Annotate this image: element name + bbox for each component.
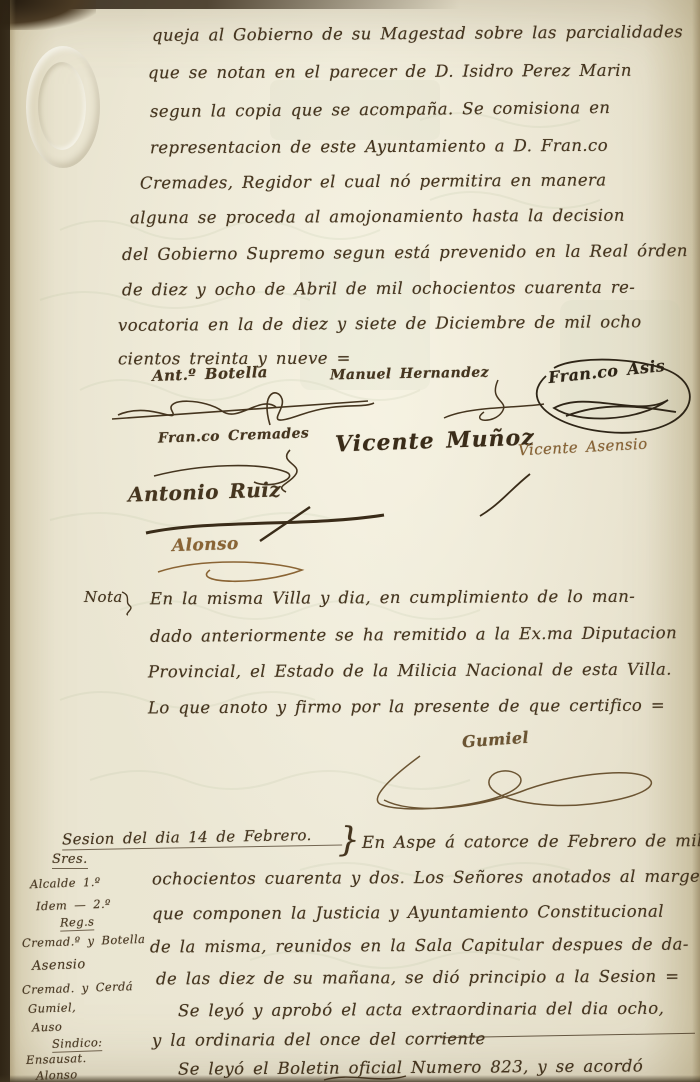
nota-line: Provincial, el Estado de la Milicia Naci… [148, 660, 672, 682]
session-line: que componen la Justicia y Ayuntamiento … [152, 902, 664, 924]
session-line: En Aspe á catorce de Febrero de mil [362, 831, 700, 852]
body-line: segun la copia que se acompaña. Se comis… [150, 98, 611, 121]
nota-line: En la misma Villa y dia, en cumplimiento… [150, 587, 635, 609]
body-line: representacion de este Ayuntamiento a D.… [150, 136, 608, 157]
margin-item: Alonso [36, 1067, 78, 1082]
session-line: ochocientos cuarenta y dos. Los Señores … [152, 867, 700, 889]
session-line: de la misma, reunidos en la Sala Capitul… [150, 935, 689, 957]
margin-item: Reg.s [60, 914, 95, 931]
session-brace: } [338, 820, 360, 860]
margin-item: Alcalde 1.º [30, 875, 101, 891]
margin-item: Ensausat. [26, 1051, 87, 1067]
margin-item: Idem — 2.º [36, 897, 111, 914]
signature-rubric-munoz [470, 470, 550, 520]
signature-rubric-gumiel [360, 748, 670, 818]
signature-rubric-asis [518, 352, 698, 440]
body-line: de diez y ocho de Abril de mil ochocient… [122, 278, 635, 300]
body-line: que se notan en el parecer de D. Isidro … [148, 61, 632, 83]
session-line: Se leyó el Boletin oficial Numero 823, y… [178, 1056, 643, 1078]
margin-item: Sindico: [52, 1035, 103, 1053]
margin-item: Asensio [32, 957, 86, 974]
margin-title: Sres. [52, 852, 88, 869]
nota-bracket-flourish [118, 590, 134, 616]
manuscript-page: queja al Gobierno de su Magestad sobre l… [0, 0, 700, 1082]
nota-line: Lo que anoto y firmo por la presente de … [148, 696, 665, 718]
margin-item: Auso [32, 1019, 63, 1034]
nota-line: dado anteriormente se ha remitido a la E… [150, 623, 677, 646]
session-underline-flourish [320, 1072, 410, 1082]
nota-label: Nota [84, 588, 123, 606]
session-line: Se leyó y aprobó el acta extraordinaria … [178, 999, 664, 1021]
body-line: queja al Gobierno de su Magestad sobre l… [152, 22, 683, 45]
session-line: y la ordinaria del once del corriente [152, 1029, 486, 1050]
signature-rubric-alonso [150, 556, 320, 590]
margin-item: Gumiel, [28, 1000, 77, 1016]
signature-rubric-botella [110, 385, 380, 433]
body-line: Cremades, Regidor el cual nó permitira e… [140, 170, 607, 192]
signature-alonso: Alonso [172, 534, 239, 556]
session-line: de las diez de su mañana, se dió princip… [156, 967, 680, 989]
body-line: vocatoria en la de diez y siete de Dicie… [118, 312, 642, 335]
body-line: del Gobierno Supremo segun está prevenid… [122, 241, 688, 264]
body-line: alguna se proceda al amojonamiento hasta… [130, 206, 625, 228]
